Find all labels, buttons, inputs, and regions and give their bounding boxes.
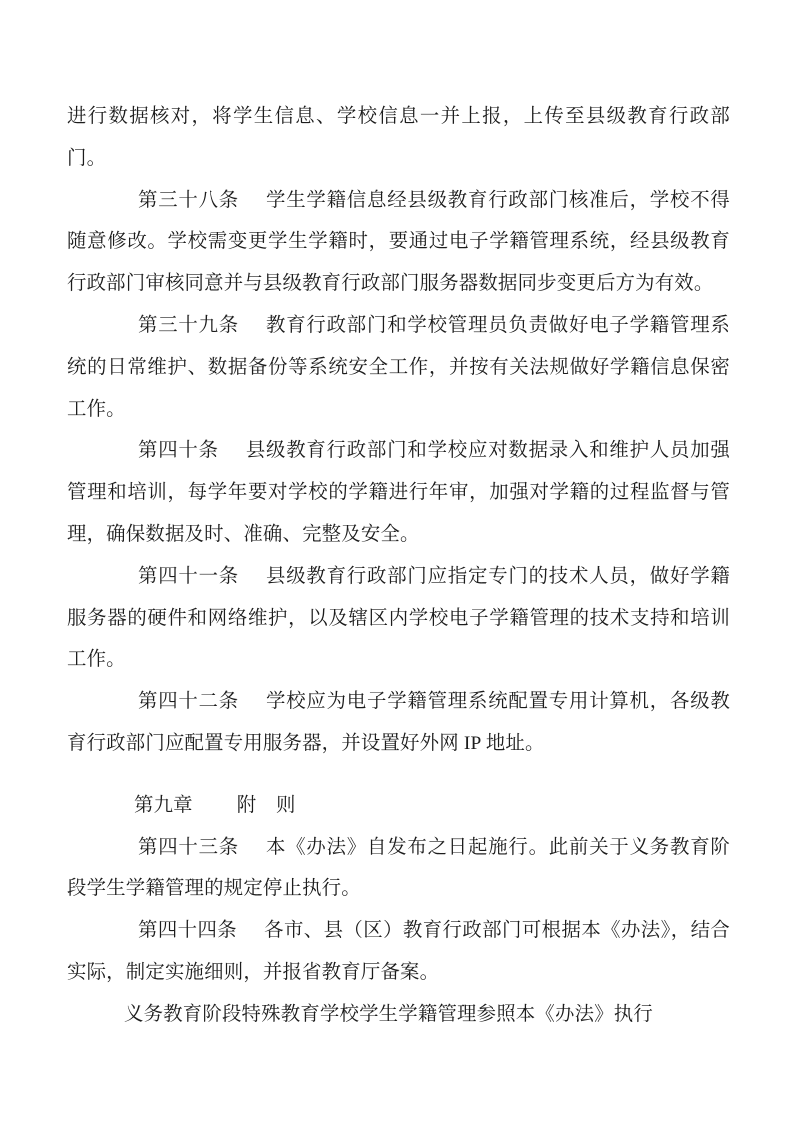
document-body: 进行数据核对，将学生信息、学校信息一并上报，上传至县级教育行政部门。第三十八条学…	[67, 96, 730, 1036]
chapter-heading: 第九章附 则	[67, 785, 730, 827]
article-number: 第四十四条	[138, 920, 237, 941]
article-number: 第三十九条	[138, 315, 239, 336]
chapter-title: 附 则	[237, 795, 296, 816]
paragraph: 第三十九条教育行政部门和学校管理员负责做好电子学籍管理系统的日常维护、数据备份等…	[67, 305, 730, 430]
article-number: 第四十三条	[138, 837, 239, 858]
paragraph: 第四十条县级教育行政部门和学校应对数据录入和维护人员加强管理和培训，每学年要对学…	[67, 430, 730, 555]
article-number: 第四十一条	[138, 566, 239, 587]
chapter-number: 第九章	[134, 795, 193, 816]
paragraph-text: 进行数据核对，将学生信息、学校信息一并上报，上传至县级教育行政部门。	[67, 106, 730, 169]
article-number: 第四十条	[138, 440, 219, 461]
document-page: 进行数据核对，将学生信息、学校信息一并上报，上传至县级教育行政部门。第三十八条学…	[0, 0, 793, 1122]
paragraph: 第四十二条学校应为电子学籍管理系统配置专用计算机，各级教育行政部门应配置专用服务…	[67, 681, 730, 765]
paragraph: 义务教育阶段特殊教育学校学生学籍管理参照本《办法》执行	[67, 994, 730, 1036]
paragraph: 第四十一条县级教育行政部门应指定专门的技术人员，做好学籍服务器的硬件和网络维护，…	[67, 556, 730, 681]
article-number: 第四十二条	[138, 691, 239, 712]
paragraph-text: 义务教育阶段特殊教育学校学生学籍管理参照本《办法》执行	[124, 1004, 653, 1025]
paragraph: 第四十四条各市、县（区）教育行政部门可根据本《办法》，结合实际，制定实施细则，并…	[67, 910, 730, 994]
paragraph: 第三十八条学生学籍信息经县级教育行政部门核准后，学校不得随意修改。学校需变更学生…	[67, 180, 730, 305]
paragraph: 进行数据核对，将学生信息、学校信息一并上报，上传至县级教育行政部门。	[67, 96, 730, 180]
article-number: 第三十八条	[138, 190, 239, 211]
paragraph: 第四十三条本《办法》自发布之日起施行。此前关于义务教育阶段学生学籍管理的规定停止…	[67, 827, 730, 911]
